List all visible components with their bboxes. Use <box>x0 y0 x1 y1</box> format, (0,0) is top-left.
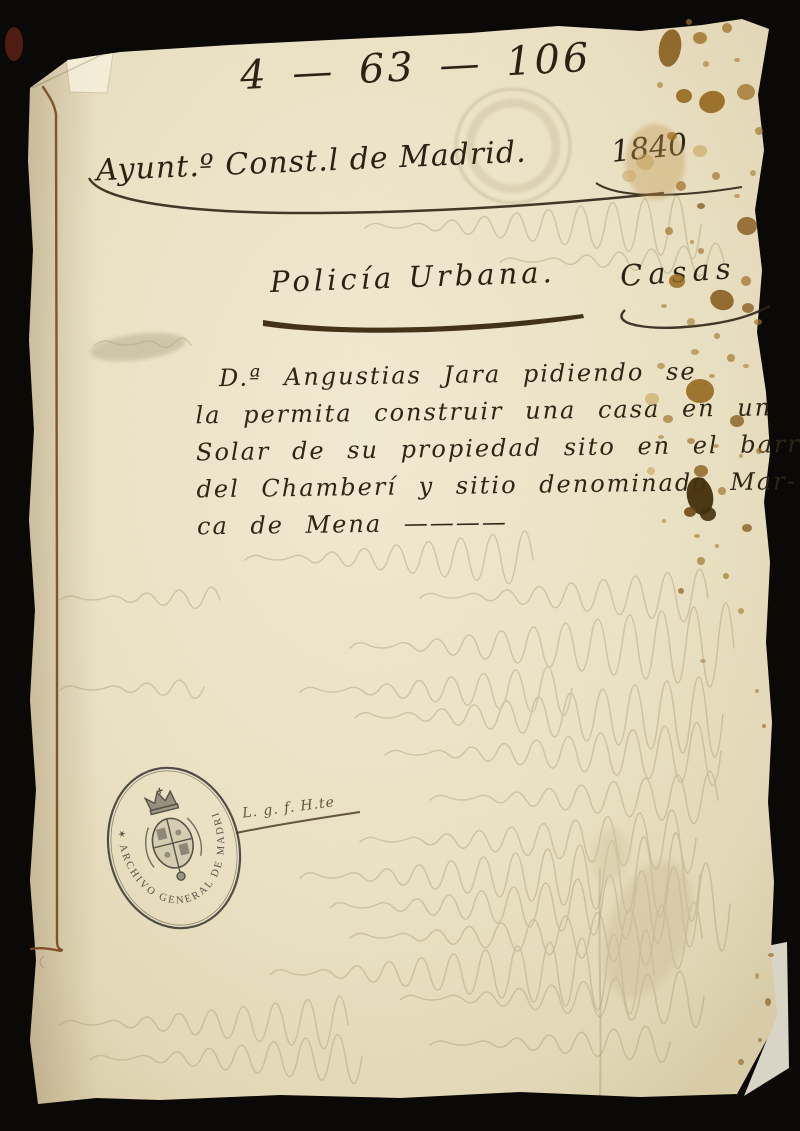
body-text: D.ª Angustias Jara pidiendo se la permit… <box>195 352 800 546</box>
archival-document-photo: ✶ ARCHIVO GENERAL DE MADRID ✶ 4 — 63 — 1… <box>0 0 800 1131</box>
binding-mark <box>5 27 23 61</box>
